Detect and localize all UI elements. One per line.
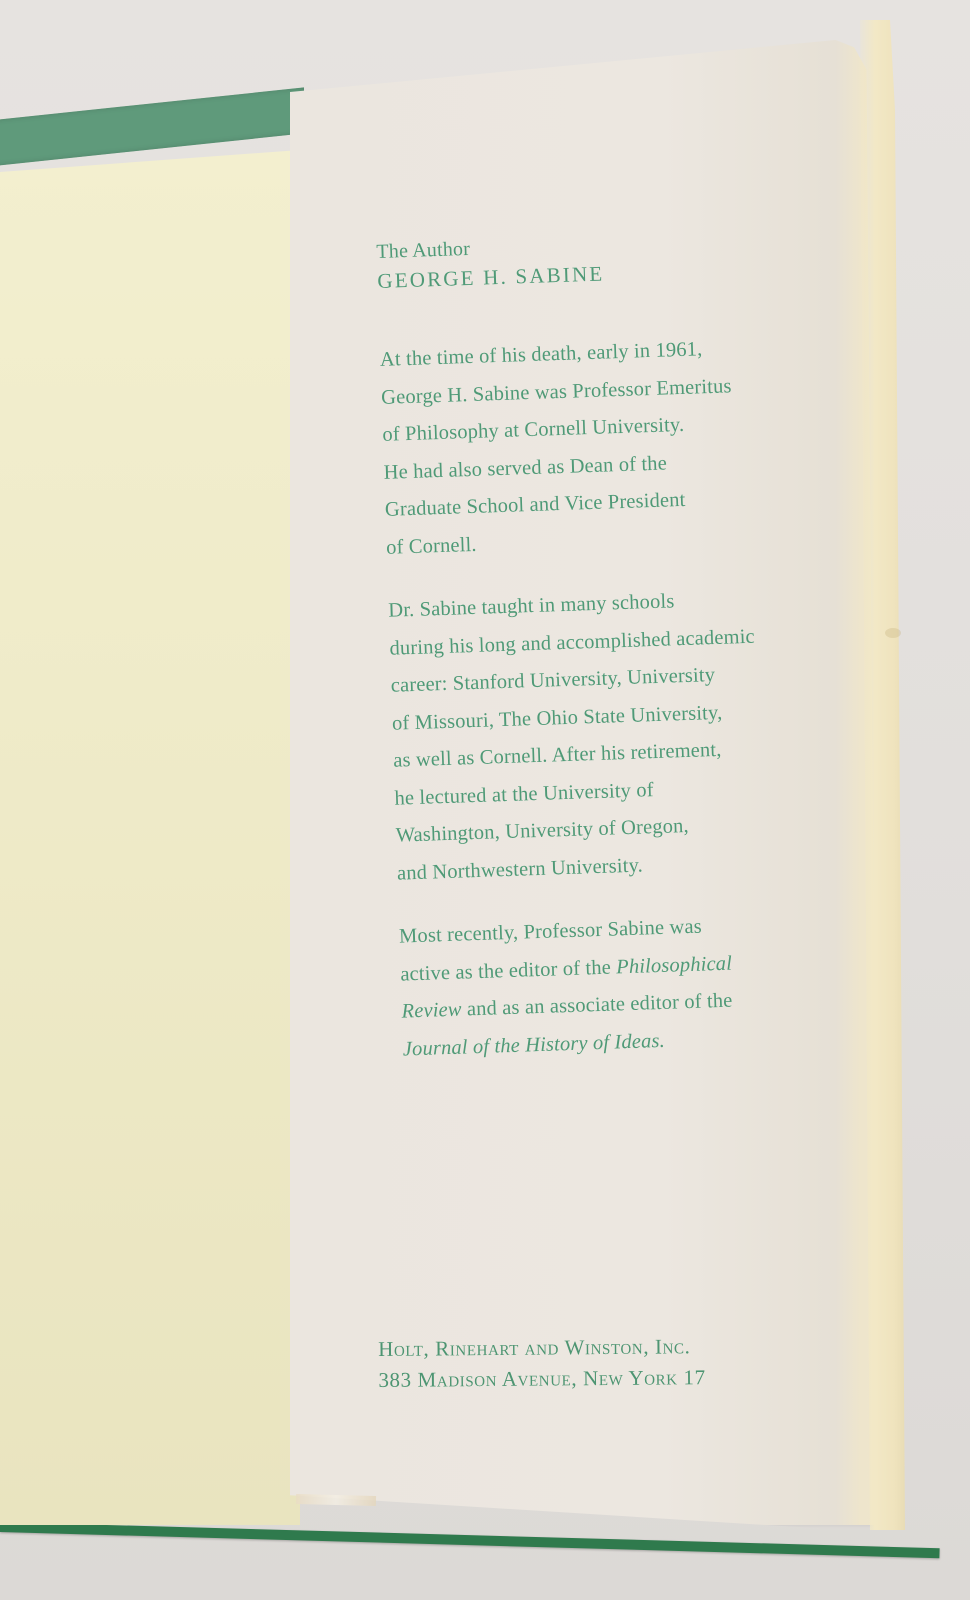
journal-title-italic: Philosophical <box>616 952 733 978</box>
cloth-cover-bottom-edge <box>0 1522 940 1558</box>
publisher-imprint: Holt, Rinehart and Winston, Inc. 383 Mad… <box>378 1330 819 1396</box>
paper-stain <box>885 628 901 638</box>
jacket-tear <box>296 1494 376 1506</box>
bio-paragraph-3: Most recently, Professor Sabine was acti… <box>399 903 864 1068</box>
book-photo: The Author GEORGE H. SABINE At the time … <box>0 0 970 1600</box>
text-segment: and as an associate editor of the <box>461 990 733 1021</box>
endpaper <box>0 150 300 1525</box>
journal-title-italic: Review <box>401 999 462 1023</box>
text-segment: active as the editor of the <box>400 956 617 985</box>
publisher-name: Holt, Rinehart and Winston, Inc. <box>378 1330 818 1365</box>
publisher-address: 383 Madison Avenue, New York 17 <box>378 1361 818 1396</box>
bio-paragraph-2: Dr. Sabine taught in many schools during… <box>388 578 858 893</box>
bio-paragraph-1: At the time of his death, early in 1961,… <box>379 327 846 567</box>
author-bio: The Author GEORGE H. SABINE At the time … <box>376 225 863 1069</box>
